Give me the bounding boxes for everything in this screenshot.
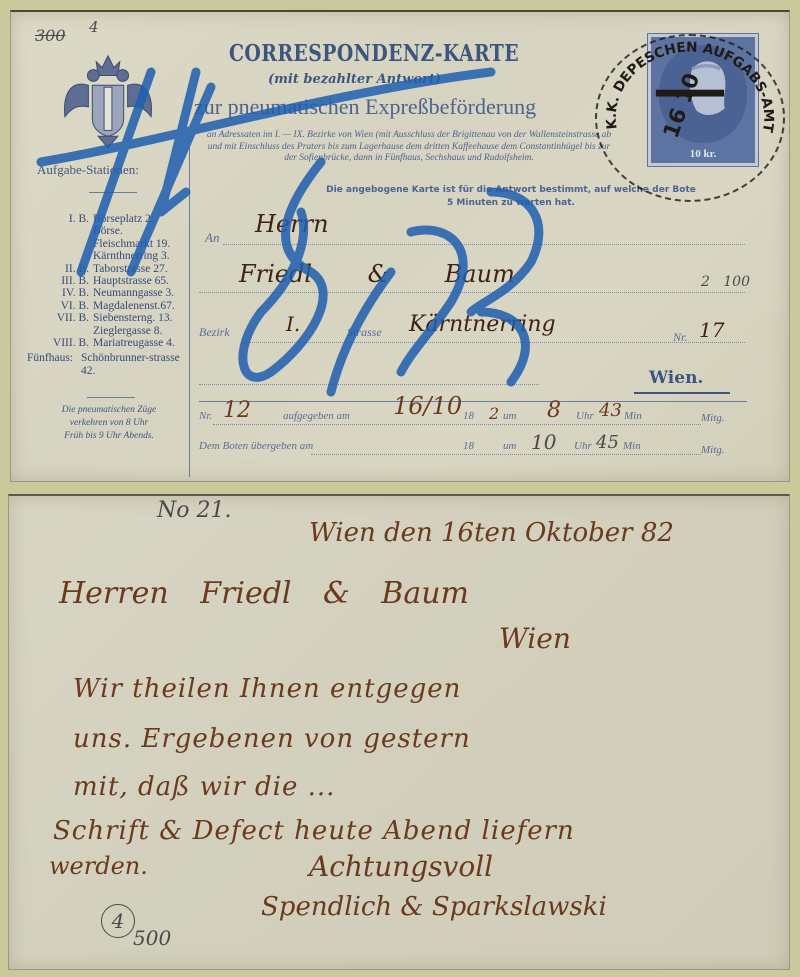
station-row: II. B.Taborstrasse 27. <box>27 263 192 275</box>
station-row: I. B.Börseplatz 2. <box>27 213 192 225</box>
sidebar-divider <box>189 147 190 477</box>
station-row: Fünfhaus:Schönbrunner-strasse 42. <box>27 352 192 377</box>
station-row: Kärnthnerring 3. <box>27 250 192 262</box>
address-line-3 <box>241 342 745 343</box>
body-line: uns. Ergebenen von gestern <box>73 724 471 754</box>
boten-um-label: um <box>503 440 516 452</box>
mitg-label: Mitg. <box>701 412 725 424</box>
boten-uhr-value: 10 <box>531 430 556 454</box>
bezirk-label: Bezirk <box>199 325 230 340</box>
stations-list: I. B.Börseplatz 2. Börse. Fleischmarkt 1… <box>27 213 192 377</box>
station-row: Börse. <box>27 225 192 237</box>
card-purpose: zur pneumatischen Expreßbeförderung <box>194 94 536 120</box>
station-row: III. B.Hauptstrasse 65. <box>27 275 192 287</box>
closing: Achtungsvoll <box>309 850 493 883</box>
postmark-cancellation: K.K. DEPESCHEN AUFGABS-AMT WIEN 16 10 <box>595 34 785 202</box>
delivery-area-fineprint: an Adressaten im I. — IX. Bezirke von Wi… <box>199 130 619 165</box>
recipient-line2: Friedl & Baum <box>239 260 515 288</box>
recipient-line1: Herrn <box>255 210 329 238</box>
pencil-circled-number: 4 <box>101 904 135 938</box>
double-headed-eagle-icon <box>59 47 157 152</box>
um-label: um <box>503 410 516 422</box>
min-label: Min <box>624 410 642 422</box>
uhr-label: Uhr <box>576 410 594 422</box>
strasse-value: Kärntnerring <box>409 312 556 337</box>
svg-text:16 10: 16 10 <box>659 70 705 142</box>
address-line-2 <box>199 292 745 293</box>
salutation-city: Wien <box>499 622 571 655</box>
aufgegeben-value: 16/10 <box>393 392 462 420</box>
station-row: Fleischmarkt 19. <box>27 238 192 250</box>
aufgegeben-label: aufgegeben am <box>283 410 350 422</box>
station-row: VII. B.Siebensterng. 13. <box>27 312 192 324</box>
postcard-back: No 21. Wien den 16ten Oktober 82 Herren … <box>8 494 790 970</box>
an-label: An <box>205 230 219 246</box>
reference-number: No 21. <box>157 498 231 523</box>
body-line: werden. <box>49 852 148 880</box>
divider <box>89 192 137 193</box>
trains-schedule-note: Die pneumatischen Züge verkehren von 8 U… <box>25 404 193 443</box>
pencil-note: 2 100 <box>701 274 750 290</box>
postcard-front: 300 4 CORRESPONDENZ-KARTE (mit bezahlter… <box>10 10 790 482</box>
body-line: Wir theilen Ihnen entgegen <box>73 674 461 704</box>
stations-heading: Aufgabe-Stationen: <box>37 162 139 178</box>
boten-year-prefix: 18 <box>463 440 474 452</box>
address-line-1 <box>223 244 745 245</box>
dispatch-line-1 <box>213 424 701 425</box>
min-value: 43 <box>599 400 622 421</box>
strasse-label: Strasse <box>347 325 382 340</box>
pencil-number: 500 <box>133 926 171 950</box>
station-row: Zieglergasse 8. <box>27 325 192 337</box>
dispatch-line-2 <box>311 454 701 455</box>
boten-mitg-label: Mitg. <box>701 444 725 456</box>
dispatch-nr-label: Nr. <box>199 410 212 422</box>
divider <box>87 397 135 398</box>
address-line-4 <box>199 384 539 385</box>
station-row: VI. B.Magdalenenst.67. <box>27 300 192 312</box>
dispatch-nr-value: 12 <box>223 398 251 423</box>
salutation: Herren Friedl & Baum <box>59 576 469 611</box>
boten-uhr-label: Uhr <box>574 440 592 452</box>
card-title: CORRESPONDENZ-KARTE <box>229 40 519 67</box>
year-prefix: 18 <box>463 410 474 422</box>
boten-label: Dem Boten übergeben am <box>199 440 313 452</box>
station-row: IV. B.Neumanngasse 3. <box>27 287 192 299</box>
card-subtitle: (mit bezahlter Antwort) <box>268 72 441 87</box>
boten-min-value: 45 <box>596 432 619 453</box>
city-underline <box>634 392 730 394</box>
form-divider <box>199 401 747 402</box>
dateline: Wien den 16ten Oktober 82 <box>309 518 674 548</box>
corner-pencil-crossed: 300 <box>35 26 66 45</box>
corner-pencil-number: 4 <box>89 18 99 36</box>
body-line: mit, daß wir die ... <box>73 772 335 802</box>
nr-value: 17 <box>699 318 724 342</box>
body-line: Schrift & Defect heute Abend liefern <box>53 816 575 846</box>
station-row: VIII. B.Mariatreugasse 4. <box>27 337 192 349</box>
bezirk-value: I. <box>286 312 300 336</box>
signature: Spendlich & Sparkslawski <box>261 892 607 922</box>
uhr-value: 8 <box>547 398 561 423</box>
city-label: Wien. <box>649 368 703 388</box>
boten-min-label: Min <box>623 440 641 452</box>
year-value: 2 <box>489 404 499 423</box>
